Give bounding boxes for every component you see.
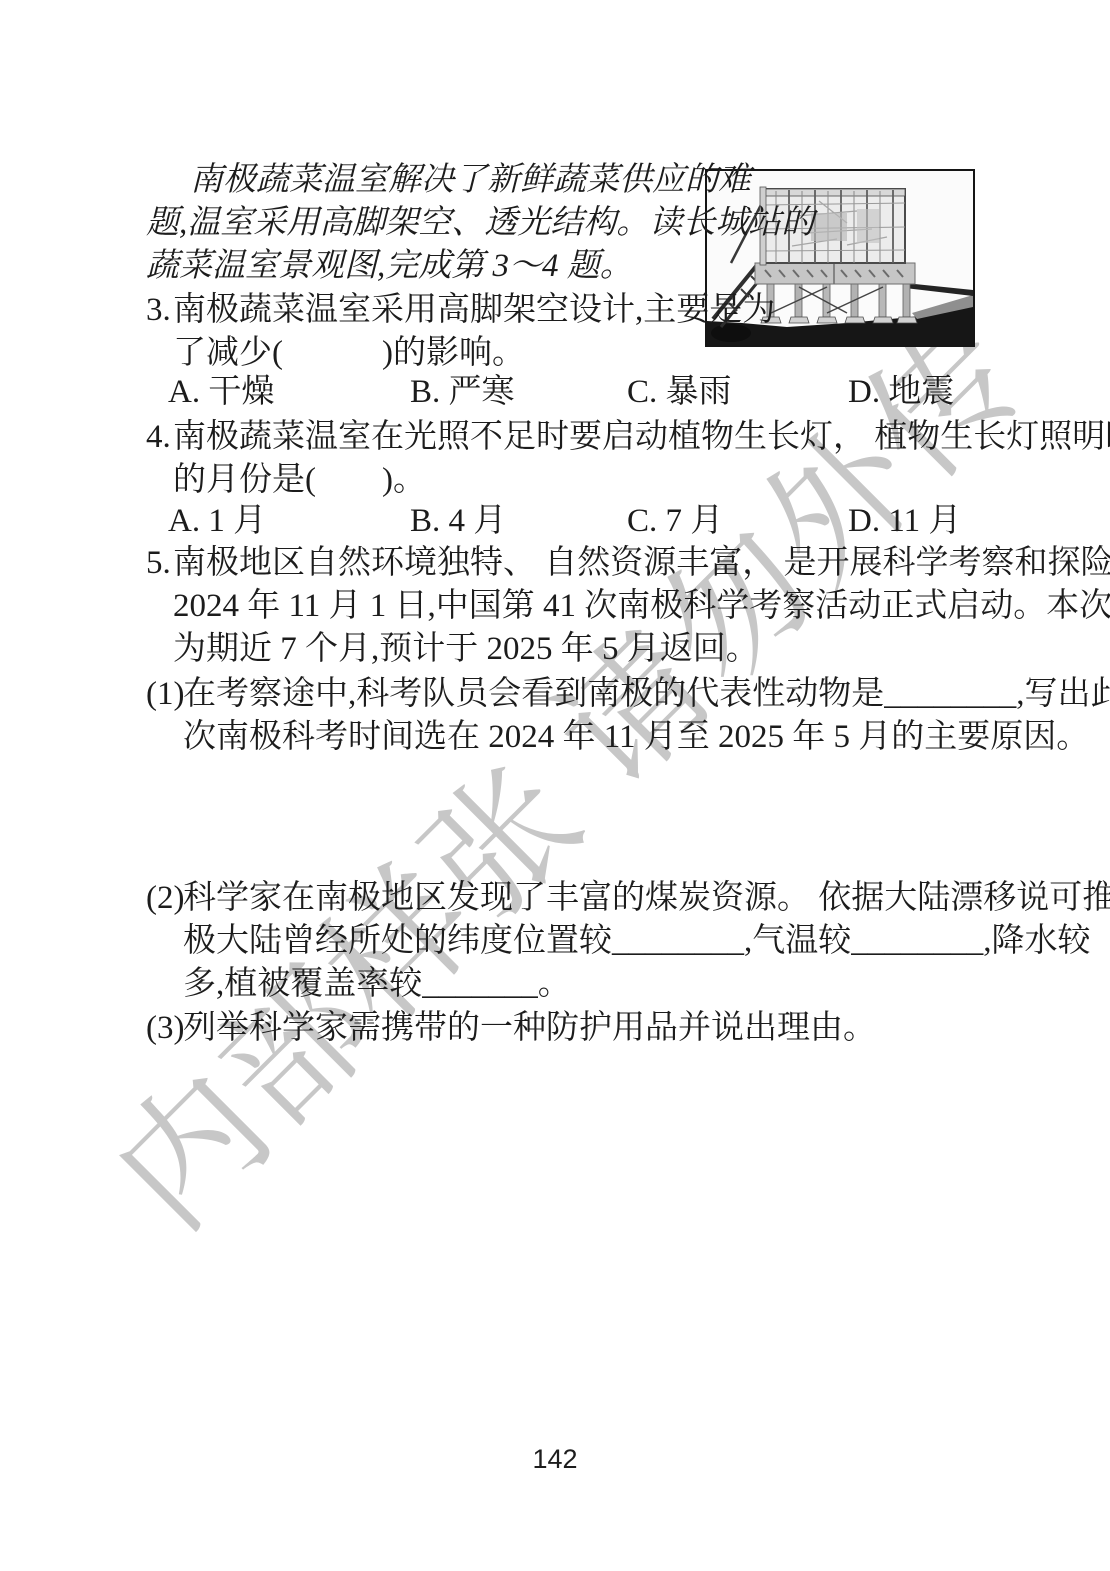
option-c: C. 暴雨 xyxy=(627,371,848,414)
intro-line: 题,温室采用高脚架空、透光结构。读长城站的 xyxy=(146,202,686,245)
sub-1-line: 次南极科考时间选在 2024 年 11 月至 2025 年 5 月的主要原因。 xyxy=(146,716,986,759)
intro-line: 蔬菜温室景观图,完成第 3～4 题。 xyxy=(146,245,686,288)
question-3: 3.南极蔬菜温室采用高脚架空设计,主要是为 了减少( )的影响。 xyxy=(146,289,706,375)
question-5-line: 为期近 7 个月,预计于 2025 年 5 月返回。 xyxy=(146,628,986,671)
question-5-line: 5.南极地区自然环境独特、 自然资源丰富， 是开展科学考察和探险的宝地。 xyxy=(146,542,986,585)
question-5: 5.南极地区自然环境独特、 自然资源丰富， 是开展科学考察和探险的宝地。 202… xyxy=(146,542,986,671)
question-4-number: 4. xyxy=(146,416,173,459)
option-b: B. 严寒 xyxy=(410,371,627,414)
intro-line: 南极蔬菜温室解决了新鲜蔬菜供应的难 xyxy=(146,159,686,202)
question-5-sub-3: (3)列举科学家需携带的一种防护用品并说出理由。 xyxy=(146,1007,986,1050)
question-3-line: 了减少( )的影响。 xyxy=(146,332,706,375)
option-b: B. 4 月 xyxy=(410,500,627,543)
sub-2-line: (2)科学家在南极地区发现了丰富的煤炭资源。 依据大陆漂移说可推测:南 xyxy=(146,877,986,920)
sub-2-marker: (2) xyxy=(146,877,183,920)
intro-paragraph: 南极蔬菜温室解决了新鲜蔬菜供应的难 题,温室采用高脚架空、透光结构。读长城站的 … xyxy=(146,159,686,288)
sub-2-line: 多,植被覆盖率较_______。 xyxy=(146,963,986,1006)
exam-page: 内部样张 请勿外传 xyxy=(0,0,1110,1571)
option-a: A. 1 月 xyxy=(168,500,410,543)
option-d: D. 地震 xyxy=(848,371,986,414)
question-3-number: 3. xyxy=(146,289,173,332)
sub-2-line: 极大陆曾经所处的纬度位置较________,气温较________,降水较 xyxy=(146,920,986,963)
option-a: A. 干燥 xyxy=(168,371,410,414)
question-3-options: A. 干燥 B. 严寒 C. 暴雨 D. 地震 xyxy=(168,371,986,414)
question-4-line: 的月份是( )。 xyxy=(146,459,986,502)
question-5-sub-2: (2)科学家在南极地区发现了丰富的煤炭资源。 依据大陆漂移说可推测:南 极大陆曾… xyxy=(146,877,986,1006)
page-content: 南极蔬菜温室解决了新鲜蔬菜供应的难 题,温室采用高脚架空、透光结构。读长城站的 … xyxy=(0,0,1110,1571)
sub-1-marker: (1) xyxy=(146,673,183,716)
question-5-number: 5. xyxy=(146,542,173,585)
question-5-sub-1: (1)在考察途中,科考队员会看到南极的代表性动物是________,写出此 次南… xyxy=(146,673,986,759)
sub-1-line: (1)在考察途中,科考队员会看到南极的代表性动物是________,写出此 xyxy=(146,673,986,716)
option-d: D. 11 月 xyxy=(848,500,986,543)
page-number: 142 xyxy=(0,1444,1110,1475)
question-4: 4.南极蔬菜温室在光照不足时要启动植物生长灯， 植物生长灯照明时间最长 的月份是… xyxy=(146,416,986,502)
option-c: C. 7 月 xyxy=(627,500,848,543)
sub-3-marker: (3) xyxy=(146,1007,183,1050)
question-3-line: 3.南极蔬菜温室采用高脚架空设计,主要是为 xyxy=(146,289,706,332)
question-4-options: A. 1 月 B. 4 月 C. 7 月 D. 11 月 xyxy=(168,500,986,543)
question-5-line: 2024 年 11 月 1 日,中国第 41 次南极科学考察活动正式启动。本次南… xyxy=(146,585,986,628)
question-4-line: 4.南极蔬菜温室在光照不足时要启动植物生长灯， 植物生长灯照明时间最长 xyxy=(146,416,986,459)
sub-3-line: (3)列举科学家需携带的一种防护用品并说出理由。 xyxy=(146,1007,986,1050)
